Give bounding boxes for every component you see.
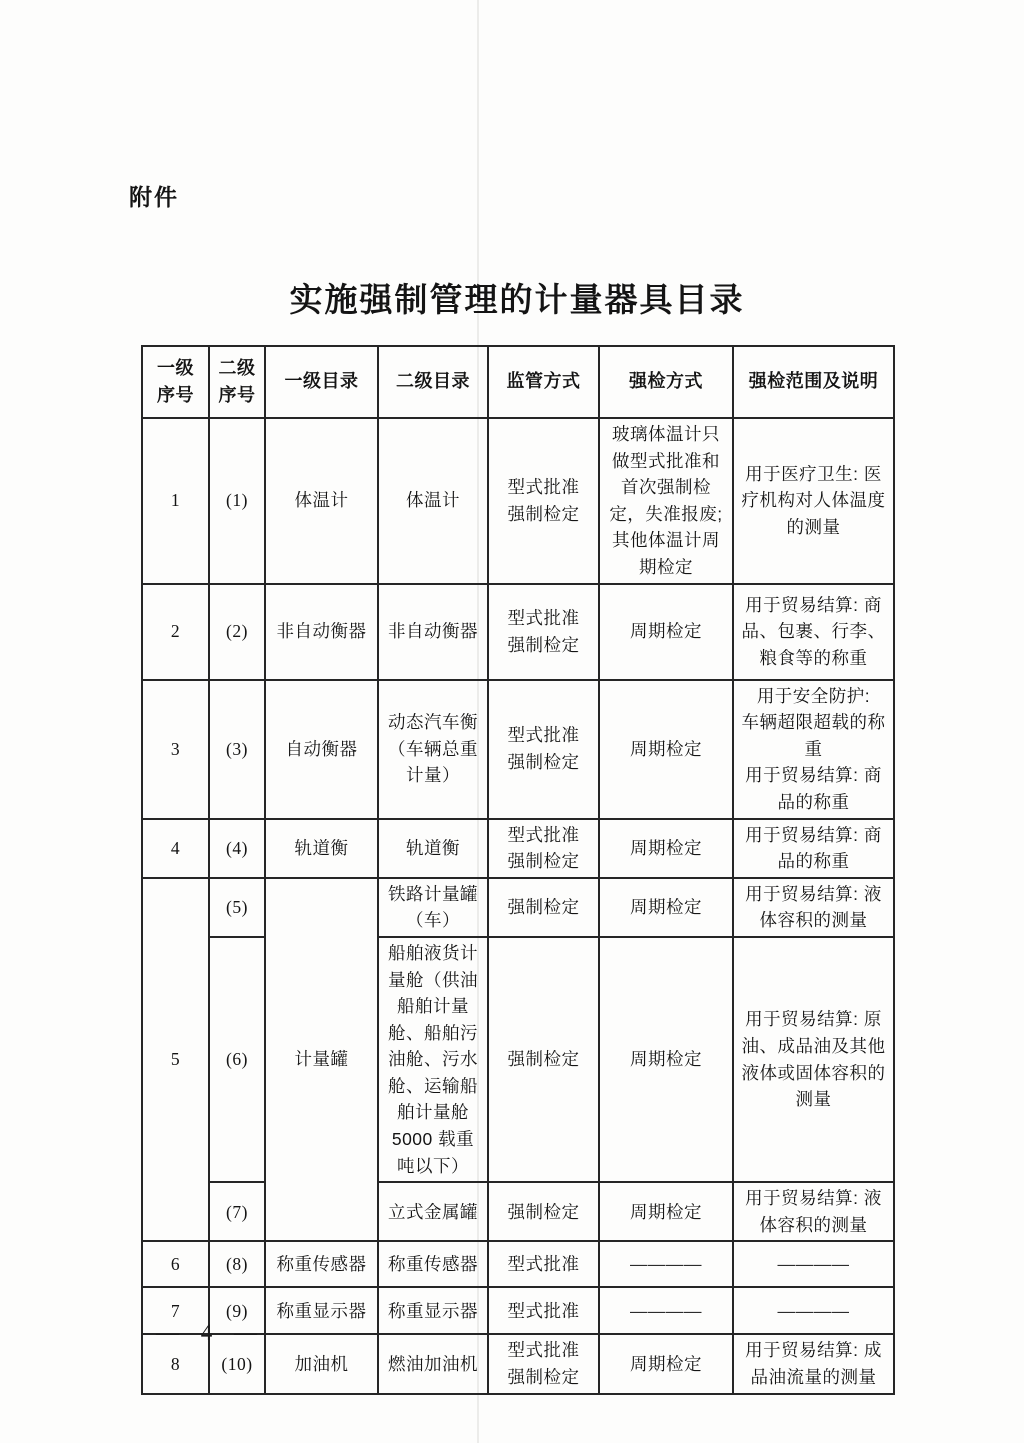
cell-scope: 用于贸易结算: 液体容积的测量 — [733, 878, 894, 937]
page-number: — 4 — — [156, 1320, 265, 1346]
header-scope: 强检范围及说明 — [733, 346, 894, 418]
cell-l2-seq: (1) — [209, 418, 265, 584]
cell-scope: 用于医疗卫生: 医疗机构对人体温度的测量 — [733, 418, 894, 584]
table-row: 5 (5) 计量罐 铁路计量罐 （车） 强制检定 周期检定 用于贸易结算: 液体… — [142, 878, 894, 937]
cell-inspection: 周期检定 — [599, 680, 733, 819]
cell-inspection: 周期检定 — [599, 819, 733, 878]
header-l1-catalog: 一级目录 — [265, 346, 378, 418]
cell-scope: 用于安全防护: 车辆超限超载的称重 用于贸易结算: 商品的称重 — [733, 680, 894, 819]
document-title: 实施强制管理的计量器具目录 — [141, 274, 893, 321]
header-l2-catalog: 二级目录 — [378, 346, 488, 418]
table-row: 4 (4) 轨道衡 轨道衡 型式批准 强制检定 周期检定 用于贸易结算: 商品的… — [142, 819, 894, 878]
cell-l2-catalog: 轨道衡 — [378, 819, 488, 878]
cell-l2-catalog: 称重显示器 — [378, 1287, 488, 1334]
cell-l1-catalog: 体温计 — [265, 418, 378, 584]
cell-supervision: 型式批准 强制检定 — [488, 584, 599, 680]
cell-inspection-dash: ———— — [599, 1287, 733, 1334]
cell-l2-catalog: 船舶液货计量舱（供油船舶计量舱、船舶污油舱、污水舱、运输船舶计量舱 5000 载… — [378, 937, 488, 1182]
cell-supervision: 型式批准 强制检定 — [488, 680, 599, 819]
cell-inspection: 周期检定 — [599, 1182, 733, 1241]
cell-l1-catalog: 加油机 — [265, 1334, 378, 1393]
cell-supervision: 强制检定 — [488, 937, 599, 1182]
cell-scope: 用于贸易结算: 原油、成品油及其他液体或固体容积的测量 — [733, 937, 894, 1182]
cell-l2-catalog: 称重传感器 — [378, 1241, 488, 1287]
cell-l1-seq: 5 — [142, 878, 209, 1242]
cell-l2-seq: (3) — [209, 680, 265, 819]
header-supervision: 监管方式 — [488, 346, 599, 418]
cell-l2-catalog: 立式金属罐 — [378, 1182, 488, 1241]
cell-inspection: 周期检定 — [599, 937, 733, 1182]
cell-l1-catalog: 非自动衡器 — [265, 584, 378, 680]
cell-l1-catalog: 称重传感器 — [265, 1241, 378, 1287]
cell-l2-seq: (7) — [209, 1182, 265, 1241]
cell-inspection: 周期检定 — [599, 1334, 733, 1393]
cell-inspection: 周期检定 — [599, 878, 733, 937]
cell-scope-dash: ———— — [733, 1287, 894, 1334]
catalog-table: 一级 序号 二级 序号 一级目录 二级目录 监管方式 强检方式 强检范围及说明 … — [141, 345, 895, 1395]
table-row: 3 (3) 自动衡器 动态汽车衡（车辆总重计量） 型式批准 强制检定 周期检定 … — [142, 680, 894, 819]
cell-supervision: 型式批准 强制检定 — [488, 819, 599, 878]
cell-scope: 用于贸易结算: 成品油流量的测量 — [733, 1334, 894, 1393]
cell-supervision: 强制检定 — [488, 1182, 599, 1241]
cell-scope: 用于贸易结算: 液体容积的测量 — [733, 1182, 894, 1241]
table-row: 6 (8) 称重传感器 称重传感器 型式批准 ———— ———— — [142, 1241, 894, 1287]
cell-l1-catalog: 计量罐 — [265, 878, 378, 1242]
cell-l2-seq: (8) — [209, 1241, 265, 1287]
table-row: (6) 船舶液货计量舱（供油船舶计量舱、船舶污油舱、污水舱、运输船舶计量舱 50… — [142, 937, 894, 1182]
cell-scope: 用于贸易结算: 商品的称重 — [733, 819, 894, 878]
cell-l1-seq: 4 — [142, 819, 209, 878]
table-row: (7) 立式金属罐 强制检定 周期检定 用于贸易结算: 液体容积的测量 — [142, 1182, 894, 1241]
cell-supervision: 强制检定 — [488, 878, 599, 937]
cell-l2-catalog: 燃油加油机 — [378, 1334, 488, 1393]
cell-supervision: 型式批准 强制检定 — [488, 418, 599, 584]
cell-inspection: 周期检定 — [599, 584, 733, 680]
cell-l1-catalog: 自动衡器 — [265, 680, 378, 819]
cell-l2-seq: (4) — [209, 819, 265, 878]
cell-l2-catalog: 体温计 — [378, 418, 488, 584]
attachment-label: 附件 — [129, 179, 179, 212]
cell-l1-seq: 1 — [142, 418, 209, 584]
cell-scope-dash: ———— — [733, 1241, 894, 1287]
cell-inspection: 玻璃体温计只做型式批准和首次强制检定，失准报废;其他体温计周期检定 — [599, 418, 733, 584]
cell-l1-seq: 2 — [142, 584, 209, 680]
cell-supervision: 型式批准 — [488, 1287, 599, 1334]
cell-supervision: 型式批准 — [488, 1241, 599, 1287]
table-row: 2 (2) 非自动衡器 非自动衡器 型式批准 强制检定 周期检定 用于贸易结算:… — [142, 584, 894, 680]
cell-l1-catalog: 称重显示器 — [265, 1287, 378, 1334]
cell-l1-seq: 6 — [142, 1241, 209, 1287]
cell-l2-catalog: 动态汽车衡（车辆总重计量） — [378, 680, 488, 819]
cell-inspection-dash: ———— — [599, 1241, 733, 1287]
table-header-row: 一级 序号 二级 序号 一级目录 二级目录 监管方式 强检方式 强检范围及说明 — [142, 346, 894, 418]
cell-scope: 用于贸易结算: 商品、包裹、行李、粮食等的称重 — [733, 584, 894, 680]
cell-l1-seq: 3 — [142, 680, 209, 819]
header-l1-seq: 一级 序号 — [142, 346, 209, 418]
scanned-document-page: 附件 实施强制管理的计量器具目录 一级 序号 二级 序号 一级目录 二级目录 监… — [0, 0, 1024, 1443]
cell-supervision: 型式批准 强制检定 — [488, 1334, 599, 1393]
cell-l2-catalog: 铁路计量罐 （车） — [378, 878, 488, 937]
header-inspection: 强检方式 — [599, 346, 733, 418]
cell-l2-catalog: 非自动衡器 — [378, 584, 488, 680]
table-row: 1 (1) 体温计 体温计 型式批准 强制检定 玻璃体温计只做型式批准和首次强制… — [142, 418, 894, 584]
cell-l2-seq: (6) — [209, 937, 265, 1182]
cell-l2-seq: (2) — [209, 584, 265, 680]
cell-l2-seq: (5) — [209, 878, 265, 937]
header-l2-seq: 二级 序号 — [209, 346, 265, 418]
cell-l1-catalog: 轨道衡 — [265, 819, 378, 878]
